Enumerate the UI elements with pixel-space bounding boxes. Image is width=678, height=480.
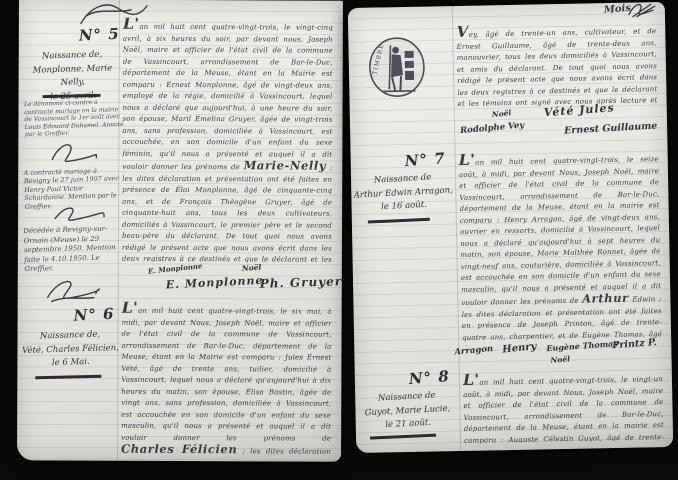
greffier-paraph-icon xyxy=(42,275,102,307)
paraph-flourish-icon xyxy=(627,0,657,23)
marginal-annotation-death: Décédée à Revigny-sur-Ornain (Meuse) le … xyxy=(23,224,126,275)
signature: Henry xyxy=(502,341,537,356)
revenue-stamp-icon: TIMBRE xyxy=(364,33,429,106)
act8-body-text: L'an mil huit cent quatre-vingt-trois, l… xyxy=(463,370,664,444)
act6-child-name: Charles Félicien xyxy=(121,442,237,455)
signature: Printz P. xyxy=(612,337,657,351)
signature: Noël xyxy=(550,354,570,365)
act6-margin-title: Naissance de, Vété, Charles Félicien, le… xyxy=(19,328,122,372)
act7-number: N° 7 xyxy=(404,149,446,170)
separator-rule xyxy=(370,434,436,439)
act8-body-start: L'an mil huit cent quatre-vingt-trois, l… xyxy=(463,375,664,444)
signature: E. Monplonne xyxy=(166,274,264,292)
act5-number: N° 5 xyxy=(78,25,120,45)
signature: Noël xyxy=(491,108,511,119)
act5-body-end: ; les dites déclaration et présentation … xyxy=(122,164,332,263)
act6-body-text: L'an mil huit cent quatre-vingt-trois, l… xyxy=(121,302,332,455)
separator-rule xyxy=(368,218,430,223)
right-register-page: Mois TIMBRE Vey, âgé de trente-un ans, xyxy=(348,2,673,453)
act6-signatures: Noël Vété Jules Rodolphe Vey Ernest Guil… xyxy=(458,102,661,148)
act6-continuation-body: Vey, âgé de trente-un ans, cultivateur, … xyxy=(456,27,657,112)
separator-rule xyxy=(35,375,101,379)
act6-number: N° 6 xyxy=(73,305,115,325)
act5-body-text: L'an mil huit cent quatre-vingt-trois, l… xyxy=(122,18,333,263)
act5-body-start: L'an mil huit cent quatre-vingt-trois, l… xyxy=(122,23,333,172)
act7-body-text: L'an mil huit cent quatre-vingt-trois, l… xyxy=(459,150,663,346)
act6-body-start: L'an mil huit cent quatre-vingt-trois, l… xyxy=(121,307,332,442)
act6-continuation-text: Vey, âgé de trente-un ans, cultivateur, … xyxy=(456,22,658,112)
register-scan: N° 5 Naissance de, Monplonne, Marie Nell… xyxy=(0,0,678,480)
act7-body-start: L'an mil huit cent quatre-vingt-trois, l… xyxy=(459,155,662,307)
signature: Vété Jules xyxy=(543,101,615,119)
signature: E. Monplonne xyxy=(148,261,203,275)
signature: Ernest Guillaume xyxy=(564,121,658,137)
left-register-page: N° 5 Naissance de, Monplonne, Marie Nell… xyxy=(17,0,343,462)
act7-child-name: Arthur xyxy=(582,291,629,306)
act5-margin-name: Monplonne, Marie Nelly, xyxy=(22,62,123,92)
act5-child-name: Marie-Nelly xyxy=(244,158,327,172)
act7-signatures: Arragon Henry Eugène Thomas Printz P. No… xyxy=(454,338,667,372)
act5-signatures: E. Monplonne Noël E. Monplonne Ph. Gruye… xyxy=(122,262,334,301)
marginal-annotation-marriage1: Le dénommé ci-contre a contracté mariage… xyxy=(24,98,125,139)
act8-margin-title: Naissance de Guyot, Marie Lucie, le 21 a… xyxy=(354,388,460,434)
signature: Noël xyxy=(242,263,262,273)
signature: Arragon xyxy=(454,344,494,357)
greffier-paraph-icon xyxy=(48,139,100,169)
act7-margin-title: Naissance de Arthur Edwin Arragon, le 16… xyxy=(350,170,456,216)
act8-number: N° 8 xyxy=(408,367,450,388)
signature: Ph. Gruyer xyxy=(260,274,343,291)
signature: Rodolphe Vey xyxy=(460,120,525,136)
signature: Eugène Thomas xyxy=(546,338,618,353)
